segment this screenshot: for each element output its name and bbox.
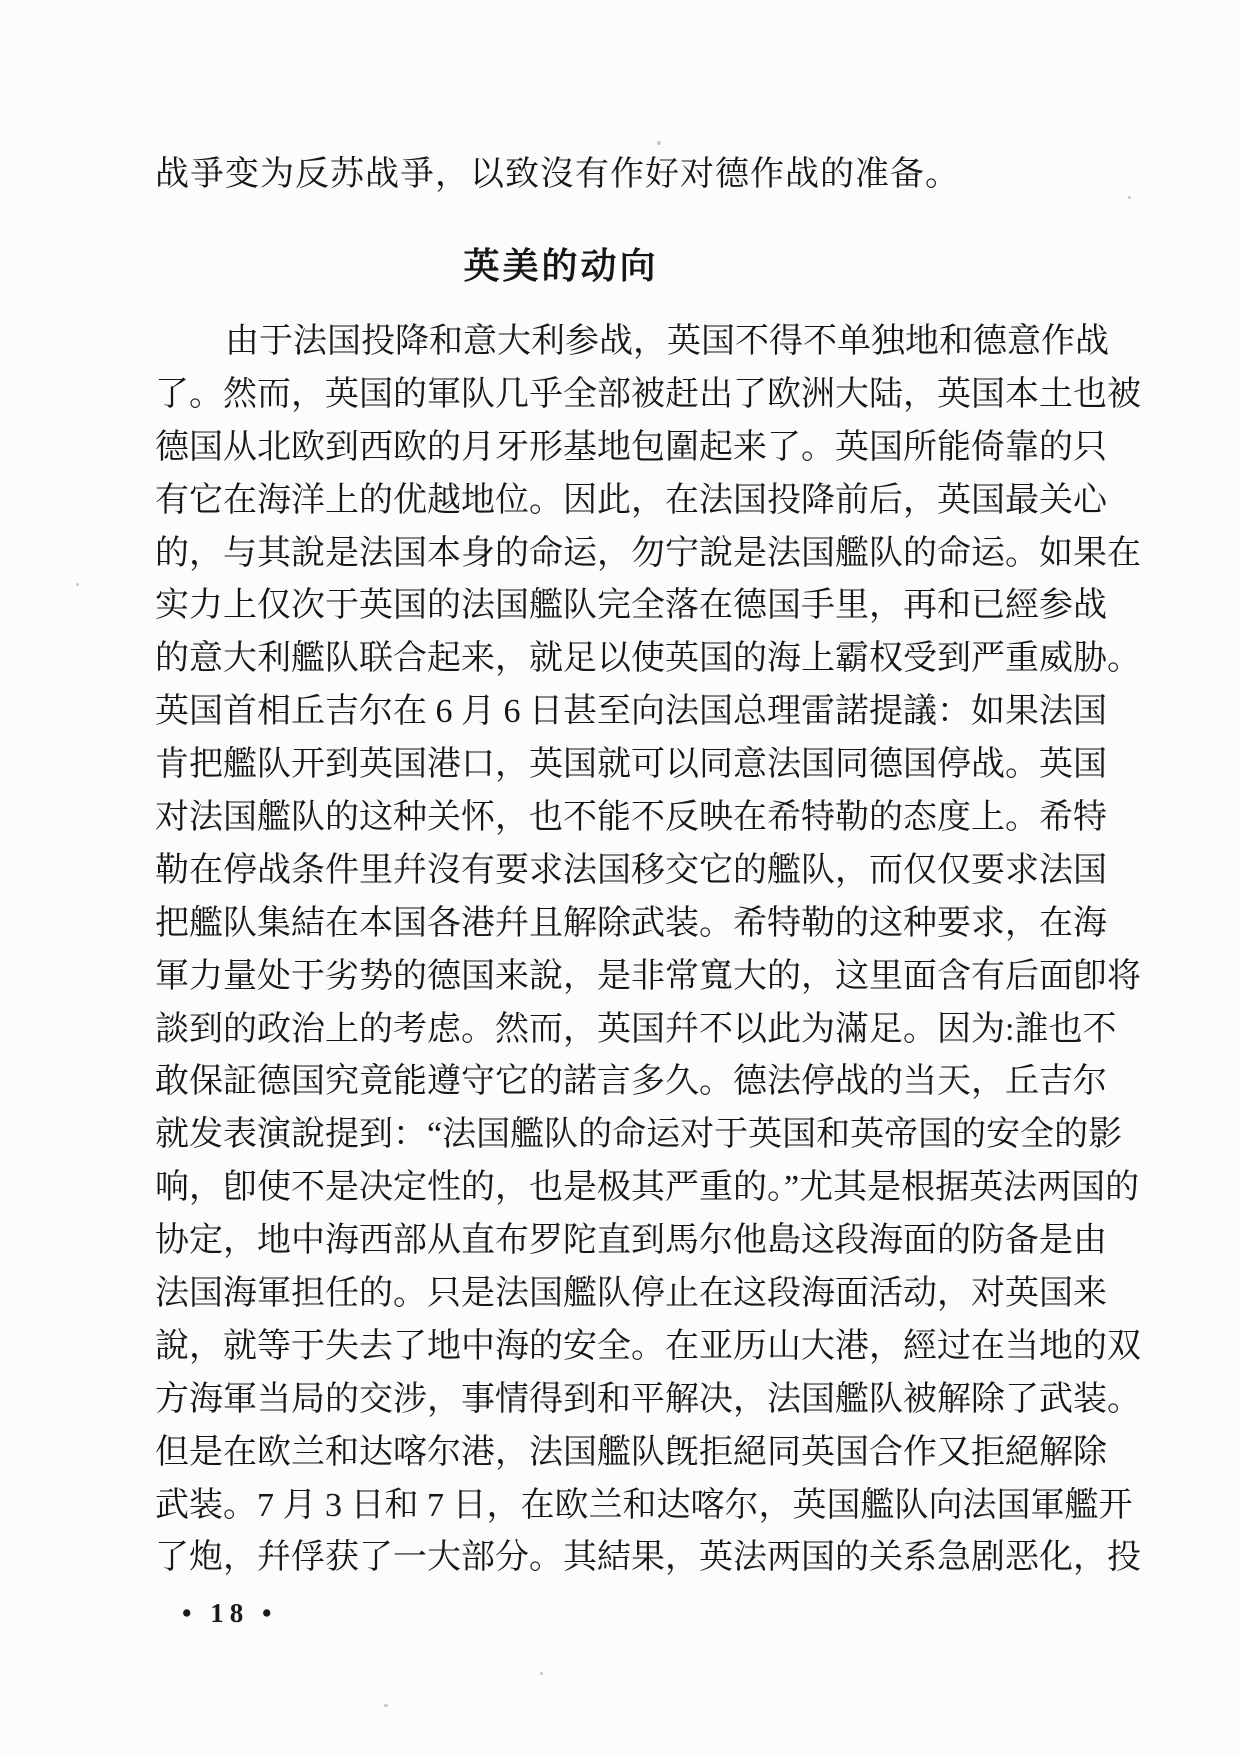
body-line: 了炮，幷俘获了一大部分。其結果，英法两国的关系急剧恶化，投 (155, 1532, 967, 1585)
body-line: 勒在停战条件里幷沒有要求法国移交它的艦队，而仅仅要求法国 (155, 845, 967, 898)
body-paragraph: 由于法国投降和意大利参战，英国不得不单独地和德意作战 了。然而，英国的軍队几乎全… (155, 316, 967, 1585)
body-line: 軍力量处于劣势的德国来說，是非常寬大的，这里面含有后面卽将 (155, 951, 967, 1004)
scan-speck (540, 1672, 543, 1675)
carryover-paragraph-line: 战爭变为反苏战爭，以致沒有作好对德作战的准备。 (155, 152, 967, 198)
body-line: 德国从北欧到西欧的月牙形基地包圍起来了。英国所能倚靠的只 (155, 422, 967, 475)
body-line: 了。然而，英国的軍队几乎全部被赶出了欧洲大陆，英国本土也被 (155, 369, 967, 422)
book-page: 战爭变为反苏战爭，以致沒有作好对德作战的准备。 英美的动向 由于法国投降和意大利… (0, 0, 1240, 1754)
body-line: 由于法国投降和意大利参战，英国不得不单独地和德意作战 (155, 316, 967, 369)
body-line: 就发表演說提到：“法国艦队的命运对于英国和英帝国的安全的影 (155, 1109, 967, 1162)
body-line: 說，就等于失去了地中海的安全。在亚历山大港，經过在当地的双 (155, 1321, 967, 1374)
body-line: 把艦队集結在本国各港幷且解除武装。希特勒的这种要求，在海 (155, 898, 967, 951)
scan-speck (384, 1704, 388, 1707)
body-line: 英国首相丘吉尔在 6 月 6 日甚至向法国总理雷諾提議：如果法国 (155, 686, 967, 739)
body-line: 有它在海洋上的优越地位。因此，在法国投降前后，英国最关心 (155, 475, 967, 528)
body-line: 武装。7 月 3 日和 7 日，在欧兰和达喀尔，英国艦队向法国軍艦开 (155, 1480, 967, 1533)
section-heading: 英美的动向 (155, 238, 967, 289)
body-line: 的意大利艦队联合起来，就足以使英国的海上霸权受到严重威胁。 (155, 633, 967, 686)
page-number: • 18 • (182, 1598, 277, 1629)
body-line: 的，与其說是法国本身的命运，勿宁說是法国艦队的命运。如果在 (155, 528, 967, 581)
body-line: 法国海軍担任的。只是法国艦队停止在这段海面活动，对英国来 (155, 1268, 967, 1321)
body-line: 对法国艦队的这种关怀，也不能不反映在希特勒的态度上。希特 (155, 792, 967, 845)
body-line: 敢保証德国究竟能遵守它的諾言多久。德法停战的当天，丘吉尔 (155, 1056, 967, 1109)
body-line: 肯把艦队开到英国港口，英国就可以同意法国同德国停战。英国 (155, 739, 967, 792)
scan-speck (1128, 196, 1131, 199)
body-line: 协定，地中海西部从直布罗陀直到馬尔他島这段海面的防备是由 (155, 1215, 967, 1268)
scan-speck (76, 583, 79, 586)
body-line: 响，卽使不是决定性的，也是极其严重的。”尤其是根据英法两国的 (155, 1162, 967, 1215)
body-line: 方海軍当局的交涉，事情得到和平解决，法国艦队被解除了武装。 (155, 1374, 967, 1427)
body-line: 实力上仅次于英国的法国艦队完全落在德国手里，再和已經参战 (155, 580, 967, 633)
body-line: 但是在欧兰和达喀尔港，法国艦队旣拒絕同英国合作又拒絕解除 (155, 1427, 967, 1480)
scan-speck (657, 141, 661, 145)
body-line: 談到的政治上的考虑。然而，英国幷不以此为滿足。因为:誰也不 (155, 1004, 967, 1057)
